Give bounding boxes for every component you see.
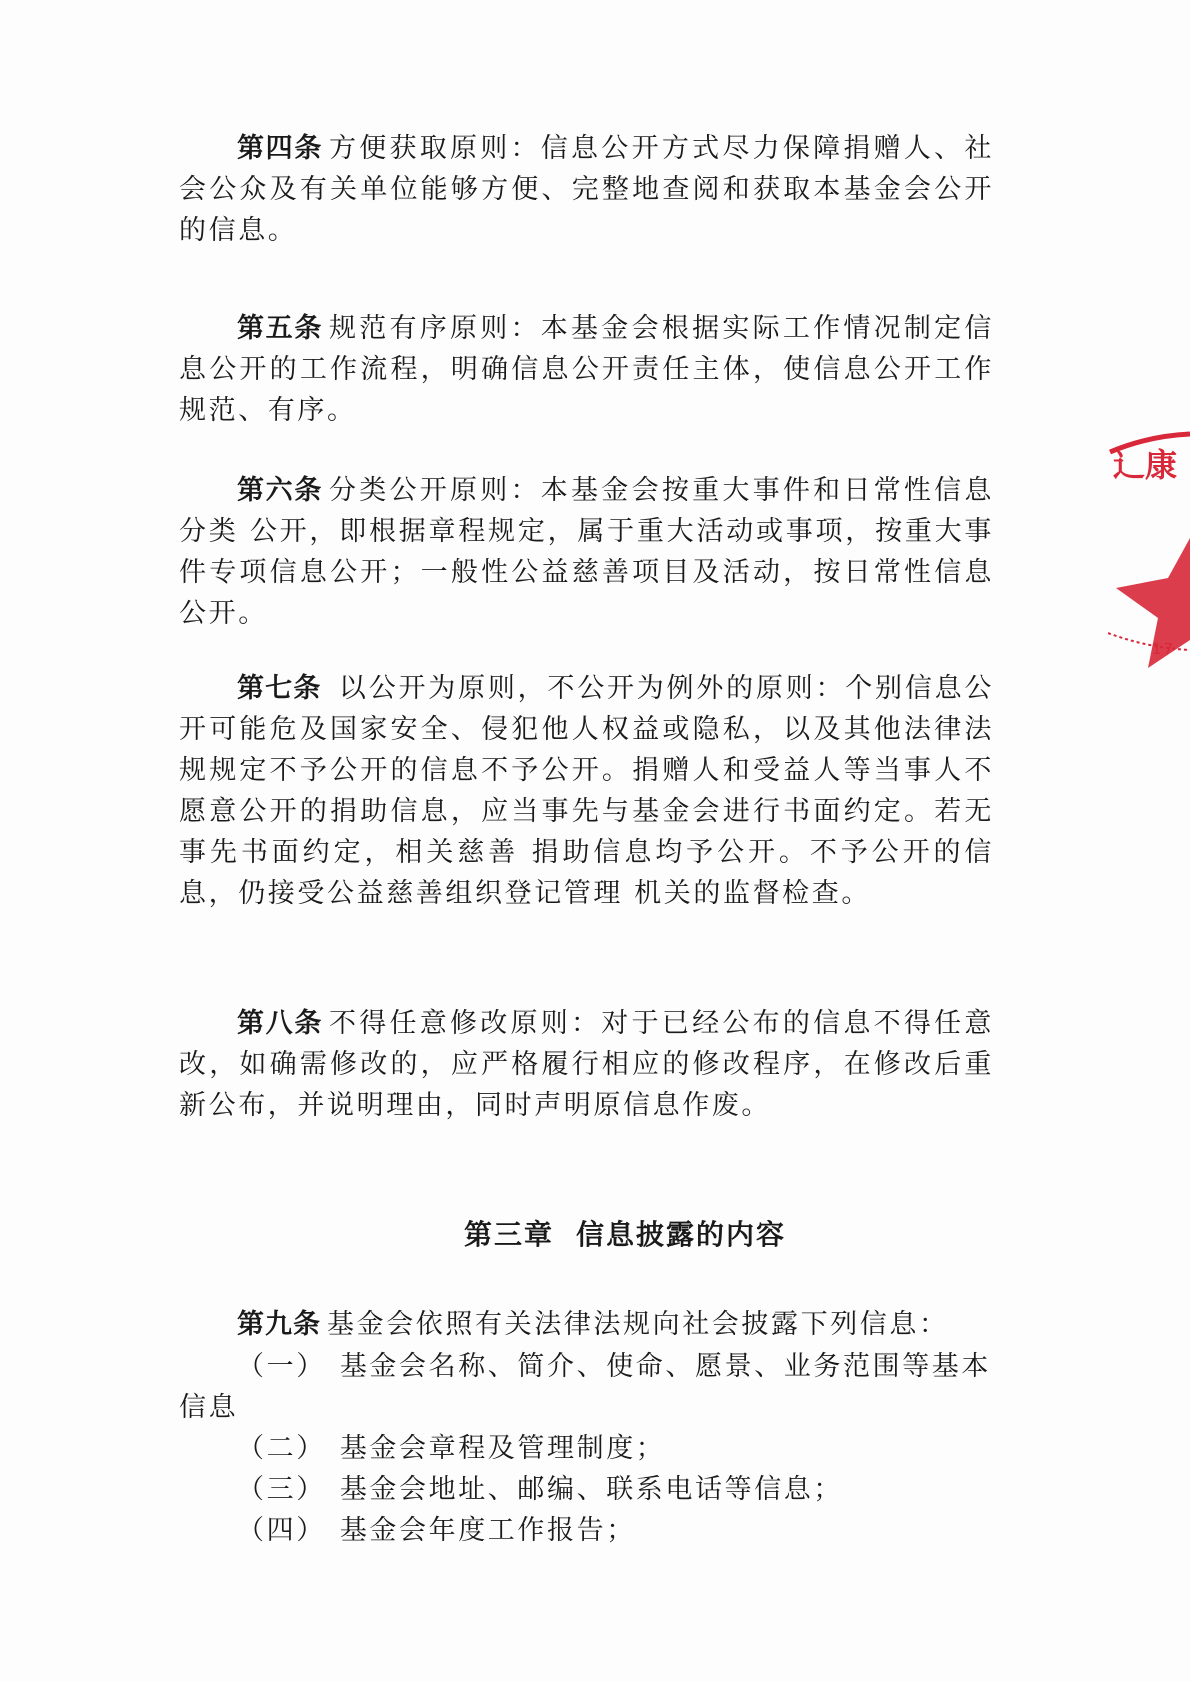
article-9: 第九条基金会依照有关法律法规向社会披露下列信息： xyxy=(179,1304,994,1345)
article-text: 以公开为原则，不公开为例外的原则：个别信息公开可能危及国家安全、侵犯他人权益或隐… xyxy=(179,673,994,909)
article-text: 基金会依照有关法律法规向社会披露下列信息： xyxy=(327,1309,949,1340)
list-index: （三） xyxy=(237,1474,326,1505)
list-item: （二）基金会章程及管理制度； xyxy=(179,1428,994,1469)
list-text: 基金会年度工作报告； xyxy=(340,1515,636,1546)
article-7: 第七条 以公开为原则，不公开为例外的原则：个别信息公开可能危及国家安全、侵犯他人… xyxy=(179,668,994,914)
article-lead: 第六条 xyxy=(237,475,323,506)
chapter-heading: 第三章信息披露的内容 xyxy=(0,1213,1190,1253)
list-item: （三）基金会地址、邮编、联系电话等信息； xyxy=(179,1469,994,1510)
article-lead: 第九条 xyxy=(237,1309,321,1340)
article-6: 第六条分类公开原则：本基金会按重大事件和日常性信息分类 公开，即根据章程规定，属… xyxy=(179,470,994,634)
article-5: 第五条规范有序原则：本基金会根据实际工作情况制定信息公开的工作流程，明确信息公开… xyxy=(179,308,994,431)
chapter-title: 信息披露的内容 xyxy=(576,1218,786,1251)
article-lead: 第四条 xyxy=(237,133,323,164)
article-lead: 第八条 xyxy=(237,1008,323,1039)
article-lead: 第七条 xyxy=(237,673,322,704)
list-index: （一） xyxy=(237,1351,326,1382)
list-item: （四）基金会年度工作报告； xyxy=(179,1510,994,1551)
seal-char: 康 xyxy=(1145,446,1177,484)
article-lead: 第五条 xyxy=(237,313,323,344)
list-text: 基金会章程及管理制度； xyxy=(340,1433,666,1464)
list-index: （二） xyxy=(237,1433,326,1464)
list-index: （四） xyxy=(237,1515,326,1546)
chapter-number: 第三章 xyxy=(464,1218,554,1251)
list-item: （一）基金会名称、简介、使命、愿景、业务范围等基本信息 xyxy=(179,1346,994,1428)
document-page: 第四条方便获取原则：信息公开方式尽力保障捐赠人、社会公众及有关单位能够方便、完整… xyxy=(0,0,1190,1682)
list-text: 基金会地址、邮编、联系电话等信息； xyxy=(340,1474,843,1505)
article-4: 第四条方便获取原则：信息公开方式尽力保障捐赠人、社会公众及有关单位能够方便、完整… xyxy=(179,128,994,251)
seal-number: 17 xyxy=(1152,640,1175,658)
article-8: 第八条不得任意修改原则：对于已经公布的信息不得任意改，如确需修改的，应严格履行相… xyxy=(179,1003,994,1126)
seal-fragment: 辶 xyxy=(1113,446,1145,484)
seal-text: 辶康 xyxy=(1113,440,1177,486)
